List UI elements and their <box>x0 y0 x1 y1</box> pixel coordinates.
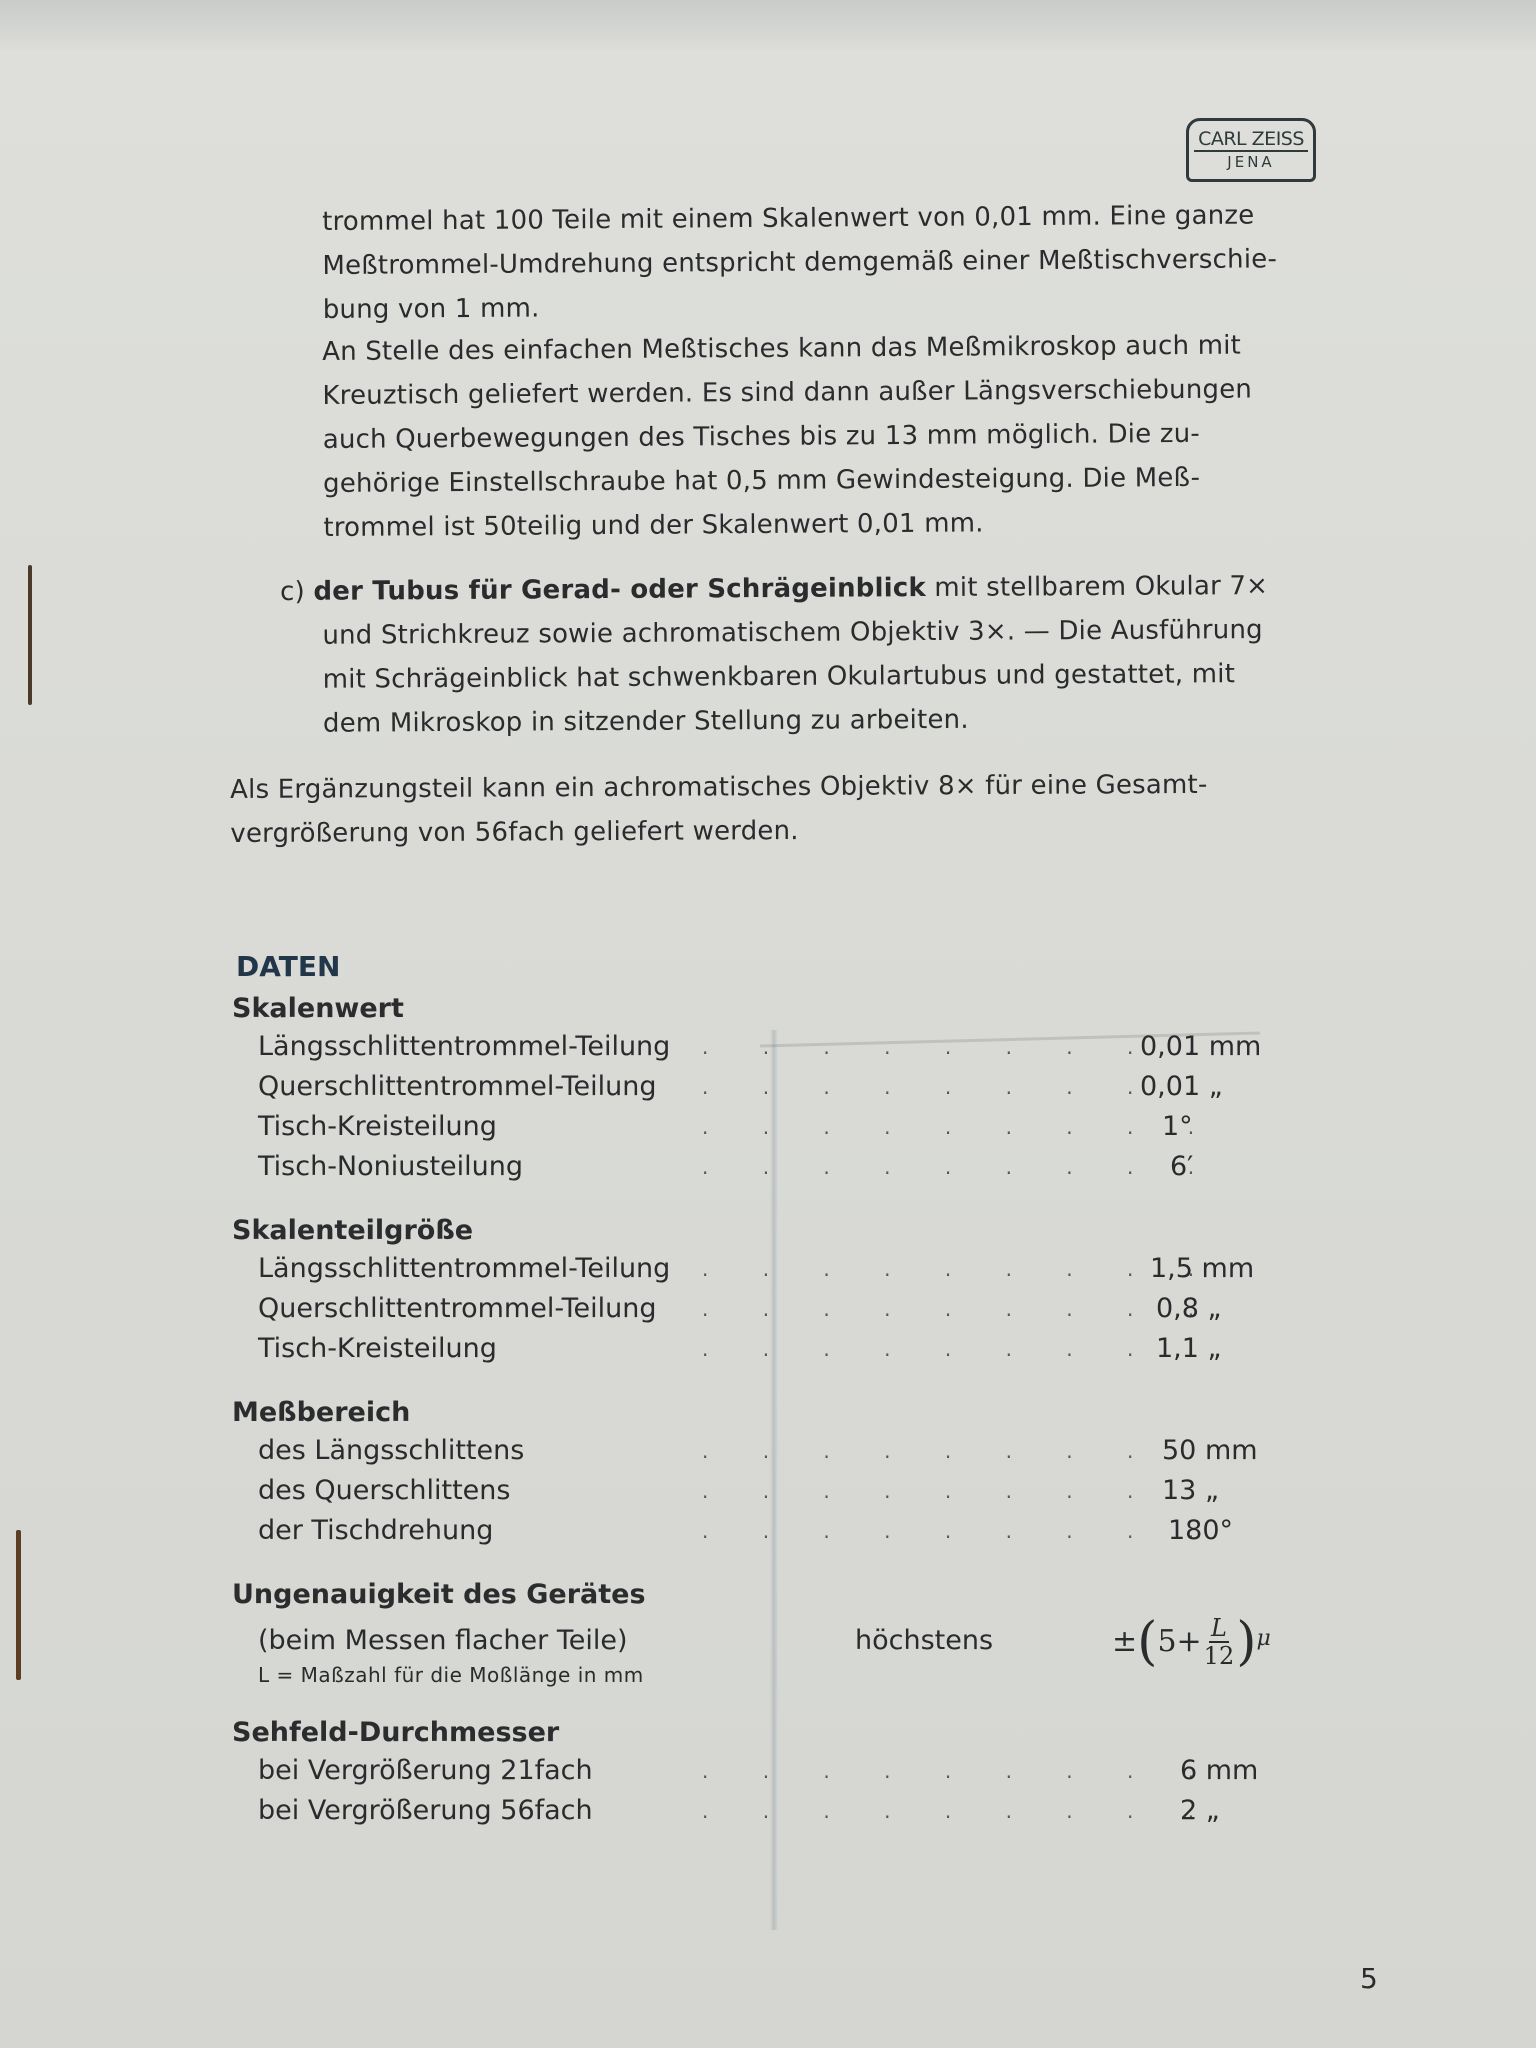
leader-dots: . . . . . . . . . . . . . . <box>702 1751 1202 1791</box>
leader-dots: . . . . . . . . . . . . . . <box>702 1027 1202 1067</box>
data-row: Querschlittentrommel-Teilung . . . . . .… <box>222 1289 1322 1329</box>
paragraph-tubus: c) der Tubus für Gerad- oder Schrägeinbl… <box>280 564 1341 746</box>
group-ungenauigkeit: Ungenauigkeit des Gerätes (beim Messen f… <box>222 1577 1322 1689</box>
carl-zeiss-jena-logo: CARL ZEISS JENA <box>1186 118 1316 182</box>
data-row: (beim Messen flacher Teile) höchstens ± … <box>222 1621 1322 1661</box>
data-row: Längsschlittentrommel-Teilung . . . . . … <box>222 1249 1322 1289</box>
staple-icon <box>16 1530 21 1680</box>
document-page: CARL ZEISS JENA trommel hat 100 Teile mi… <box>0 0 1536 2048</box>
paragraph-ergaenzungsteil: Als Ergänzungsteil kann ein achromatisch… <box>230 762 1340 856</box>
data-row: Tisch-Noniusteilung . . . . . . . . . . … <box>222 1147 1322 1187</box>
group-skalenteilgroesse: Skalenteilgröße Längsschlittentrommel-Te… <box>222 1213 1322 1369</box>
paragraph-messtrommel: trommel hat 100 Teile mit einem Skalenwe… <box>322 193 1323 332</box>
data-row: Tisch-Kreisteilung . . . . . . . . . . .… <box>222 1329 1322 1369</box>
group-heading: Ungenauigkeit des Gerätes <box>232 1577 1322 1613</box>
leader-dots: . . . . . . . . . . . . . . <box>702 1329 1202 1369</box>
leader-dots: . . . . . . . . . . . . . . <box>702 1249 1202 1289</box>
data-row: Tisch-Kreisteilung . . . . . . . . . . .… <box>222 1107 1322 1147</box>
hoechstens-label: höchstens <box>855 1621 993 1661</box>
leader-dots: . . . . . . . . . . . . . . <box>702 1067 1202 1107</box>
group-skalenwert: Skalenwert Längsschlittentrommel-Teilung… <box>222 991 1322 1187</box>
leader-dots: . . . . . . . . . . . . . . <box>702 1107 1202 1147</box>
data-row: bei Vergrößerung 21fach . . . . . . . . … <box>222 1751 1322 1791</box>
leader-dots: . . . . . . . . . . . . . . <box>702 1289 1202 1329</box>
leader-dots: . . . . . . . . . . . . . . <box>702 1147 1202 1187</box>
paragraph-kreuztisch: An Stelle des einfachen Meßtisches kann … <box>322 323 1324 550</box>
fraction: L 12 <box>1204 1615 1235 1669</box>
group-heading: Skalenwert <box>232 991 1322 1027</box>
staple-icon <box>28 565 32 705</box>
page-top-edge <box>0 0 1536 50</box>
group-sehfeld: Sehfeld-Durchmesser bei Vergrößerung 21f… <box>222 1715 1322 1831</box>
group-heading: Sehfeld-Durchmesser <box>232 1715 1322 1751</box>
page-number: 5 <box>1360 1962 1378 1995</box>
leader-dots: . . . . . . . . . . . . . . <box>702 1471 1202 1511</box>
leader-dots: . . . . . . . . . . . . . . <box>702 1431 1202 1471</box>
group-messbereich: Meßbereich des Längsschlittens . . . . .… <box>222 1395 1322 1551</box>
data-row: der Tischdrehung . . . . . . . . . . . .… <box>222 1511 1322 1551</box>
leader-dots: . . . . . . . . . . . . . . <box>702 1791 1202 1831</box>
leader-dots: . . . . . . . . . . . . . . <box>702 1511 1202 1551</box>
group-heading: Meßbereich <box>232 1395 1322 1431</box>
data-row: des Längsschlittens . . . . . . . . . . … <box>222 1431 1322 1471</box>
section-title: DATEN <box>236 950 1322 983</box>
data-row: des Querschlittens . . . . . . . . . . .… <box>222 1471 1322 1511</box>
data-row: bei Vergrößerung 56fach . . . . . . . . … <box>222 1791 1322 1831</box>
group-heading: Skalenteilgröße <box>232 1213 1322 1249</box>
list-marker: c) <box>280 577 305 607</box>
tolerance-formula: ± ( 5 + L 12 ) μ <box>1112 1615 1271 1669</box>
data-row: Querschlittentrommel-Teilung . . . . . .… <box>222 1067 1322 1107</box>
daten-section: DATEN Skalenwert Längsschlittentrommel-T… <box>222 950 1322 1857</box>
data-row: Längsschlittentrommel-Teilung . . . . . … <box>222 1027 1322 1067</box>
bold-lead: der Tubus für Gerad- oder Schrägeinblick <box>313 573 926 607</box>
